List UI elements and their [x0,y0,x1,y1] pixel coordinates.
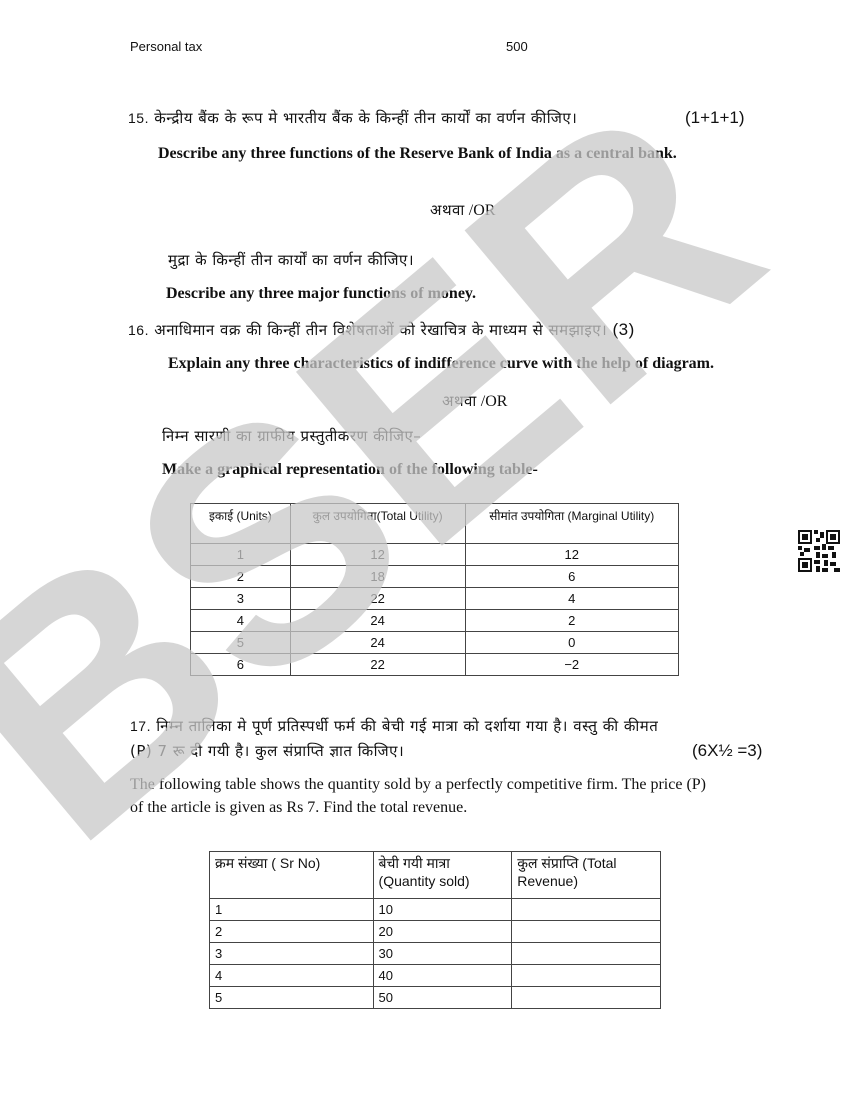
q16-english: Explain any three characteristics of ind… [168,355,714,373]
table-header-row: इकाई (Units) कुल उपयोगिता(Total Utility)… [191,504,679,544]
table-row: 5240 [191,632,679,654]
page-number: 500 [506,39,528,54]
header-title: Personal tax [130,39,202,54]
q15-english: Describe any three functions of the Rese… [158,145,677,163]
utility-table: इकाई (Units) कुल उपयोगिता(Total Utility)… [190,503,679,676]
q17-number: 17. [130,718,151,734]
header-sr-no: क्रम संख्या ( Sr No) [210,852,374,899]
header-total-revenue: कुल संप्राप्ति (Total Revenue) [512,852,661,899]
q15-hindi: 15. केन्द्रीय बैंक के रूप मे भारतीय बैंक… [128,108,577,128]
q15-alt-hindi: मुद्रा के किन्हीं तीन कार्यों का वर्णन क… [168,250,414,270]
q17-hindi-line1: 17. निम्न तालिका मे पूर्ण प्रतिस्पर्धी फ… [130,716,658,736]
header-marginal-utility: सीमांत उपयोगिता (Marginal Utility) [465,504,679,544]
table-row: 440 [210,965,661,987]
table-row: 2186 [191,566,679,588]
table-row: 3224 [191,588,679,610]
q17-english-line1: The following table shows the quantity s… [130,776,706,794]
q16-alt-english: Make a graphical representation of the f… [162,461,538,479]
q16-or-label: अथवा /OR [442,391,507,411]
q16-marks: (3) [612,320,634,339]
table-row: 550 [210,987,661,1009]
table-row: 330 [210,943,661,965]
header-total-utility: कुल उपयोगिता(Total Utility) [290,504,465,544]
table-row: 110 [210,899,661,921]
table-row: 220 [210,921,661,943]
table-header-row: क्रम संख्या ( Sr No) बेची गयी मात्रा (Qu… [210,852,661,899]
header-quantity-sold: बेची गयी मात्रा (Quantity sold) [373,852,512,899]
qr-code-icon [798,530,840,572]
q16-alt-hindi: निम्न सारणी का ग्राफीय प्रस्तुतीकरण कीजि… [162,426,421,446]
table-row: 11212 [191,544,679,566]
q15-marks: (1+1+1) [685,108,745,128]
table-row: 622−2 [191,654,679,676]
q17-english-line2: of the article is given as Rs 7. Find th… [130,799,467,817]
q15-alt-english: Describe any three major functions of mo… [166,285,476,303]
q15-or-label: अथवा /OR [430,200,495,220]
q16-hindi: 16. अनाधिमान वक्र की किन्हीं तीन विशेषता… [128,320,635,340]
q17-marks: (6X½ =3) [692,741,762,761]
q15-number: 15. [128,110,149,126]
q16-number: 16. [128,322,149,338]
revenue-table: क्रम संख्या ( Sr No) बेची गयी मात्रा (Qu… [209,851,661,1009]
table-row: 4242 [191,610,679,632]
q17-hindi-line2: (P) 7 रू दी गयी है। कुल संप्राप्ति ज्ञात… [130,741,404,761]
header-units: इकाई (Units) [191,504,291,544]
exam-page: Personal tax 500 15. केन्द्रीय बैंक के र… [0,0,850,1100]
